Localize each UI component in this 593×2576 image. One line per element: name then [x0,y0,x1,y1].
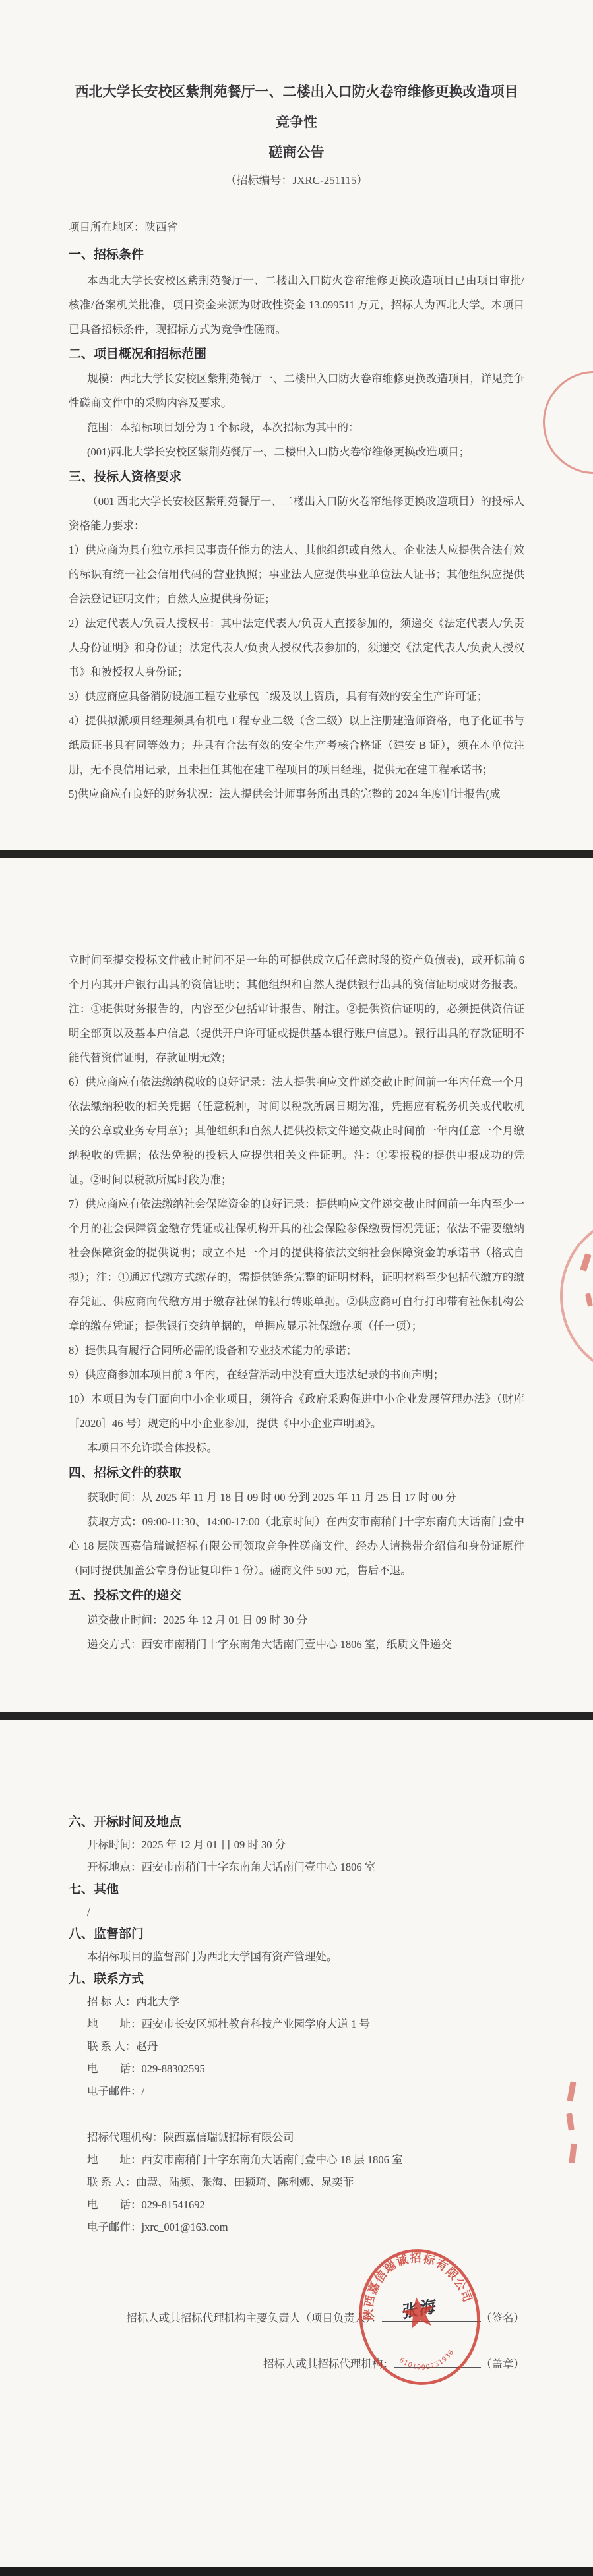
seal-label: 招标人或其招标代理机构： [263,2358,394,2370]
qualification-item-4: 4）提供拟派项目经理须具有机电工程专业二级（含二级）以上注册建造师资格，电子化证… [69,709,524,782]
tenderer-address-line: 地 址：西安市长安区郭杜教育科技产业园学府大道 1 号 [69,2013,524,2035]
qualification-item-5-start: 5)供应商应有良好的财务状况：法人提供会计师事务所出具的完整的 2024 年度审… [69,782,524,806]
signature-suffix: （签名） [481,2312,524,2324]
section-1-heading: 一、招标条件 [69,243,524,267]
section-3-heading: 三、投标人资格要求 [69,465,524,489]
scanned-tender-announcement: 西北大学长安校区紫荆苑餐厅一、二楼出入口防火卷帘维修更换改造项目竞争性 磋商公告… [0,0,593,2576]
agency-phone-line: 电 话：029-81541692 [69,2194,524,2216]
section-1-paragraph: 本西北大学长安校区紫荆苑餐厅一、二楼出入口防火卷帘维修更换改造项目已由项目审批/… [69,268,524,341]
page-3: 六、开标时间及地点 开标时间：2025 年 12 月 01 日 09 时 30 … [0,1720,593,2567]
submit-deadline-line: 递交截止时间：2025 年 12 月 01 日 09 时 30 分 [69,1608,524,1632]
page-separator-bottom [0,2567,593,2576]
submit-method-line: 递交方式：西安市南稍门十字东南角大话南门壹中心 1806 室，纸质文件递交 [69,1632,524,1656]
qualification-intro: （001 西北大学长安校区紫荆苑餐厅一、二楼出入口防火卷帘维修更换改造项目）的投… [69,489,524,538]
tenderer-name-line: 招 标 人：西北大学 [69,1991,524,2013]
signature-underline: 张海 [382,2309,481,2322]
tenderer-phone-line: 电 话：029-88302595 [69,2058,524,2080]
document-title-line1: 西北大学长安校区紫荆苑餐厅一、二楼出入口防火卷帘维修更换改造项目竞争性 [69,76,524,137]
red-stamp-fragment [567,2081,576,2101]
signature-row-organization-seal: 招标人或其招标代理机构：（盖章） [69,2353,524,2376]
obtain-method-paragraph: 获取方式：09:00-11:30、14:00-17:00（北京时间）在西安市南稍… [69,1509,524,1583]
qualification-item-8: 8）提供具有履行合同所必需的设备和专业技术能力的承诺； [69,1338,524,1362]
tender-number: （招标编号：JXRC-251115） [69,169,524,192]
red-stamp-fragment [569,2144,577,2164]
qualification-item-1: 1）供应商为具有独立承担民事责任能力的法人、其他组织或自然人。企业法人应提供合法… [69,538,524,611]
qualification-item-2: 2）法定代表人/负责人授权书：其中法定代表人/负责人直接参加的，须递交《法定代表… [69,611,524,684]
section-2-heading: 二、项目概况和招标范围 [69,343,524,366]
seal-underline [394,2355,481,2368]
tenderer-contact-line: 联 系 人：赵丹 [69,2035,524,2058]
qualification-item-9: 9）供应商参加本项目前 3 年内，在经营活动中没有重大违法纪录的书面声明； [69,1362,524,1387]
red-stamp-fragment [580,1253,592,1272]
page-separator-1 [0,850,593,858]
project-region: 项目所在地区：陕西省 [69,215,524,239]
seal-suffix: （盖章） [481,2358,524,2370]
qualification-item-10: 10）本项目为专门面向中小企业项目，须符合《政府采购促进中小企业发展管理办法》（… [69,1387,524,1436]
agency-email-line: 电子邮件：jxrc_001@163.com [69,2216,524,2239]
page-separator-2 [0,1712,593,1720]
qualification-item-5-continued: 立时间至提交投标文件截止时间不足一年的可提供成立后任意时段的资产负债表)，或开标… [69,948,524,1070]
other-value: / [69,1901,524,1923]
page-1: 西北大学长安校区紫荆苑餐厅一、二楼出入口防火卷帘维修更换改造项目竞争性 磋商公告… [0,0,593,850]
red-stamp-fragment [566,2113,575,2131]
agency-address-line: 地 址：西安市南稍门十字东南角大话南门壹中心 18 层 1806 室 [69,2149,524,2171]
signature-row-responsible-person: 招标人或其招标代理机构主要负责人（项目负责人）：张海（签名） [69,2307,524,2329]
red-stamp-fragment [585,1293,593,1306]
no-consortium-line: 本项目不允许联合体投标。 [69,1436,524,1460]
agency-contact-block: 招标代理机构：陕西嘉信瑞诚招标有限公司 地 址：西安市南稍门十字东南角大话南门壹… [69,2126,524,2239]
partial-red-stamp-right-edge [560,1217,593,1374]
bid-opening-time-line: 开标时间：2025 年 12 月 01 日 09 时 30 分 [69,1834,524,1856]
document-title-line2: 磋商公告 [69,137,524,167]
section-4-heading: 四、招标文件的获取 [69,1461,524,1485]
section-5-heading: 五、投标文件的递交 [69,1584,524,1608]
tenderer-email-line: 电子邮件：/ [69,2080,524,2103]
qualification-item-6: 6）供应商应有依法缴纳税收的良好记录：法人提供响应文件递交截止时间前一年内任意一… [69,1070,524,1192]
handwritten-signature: 张海 [398,2296,437,2324]
project-scope-paragraph: 范围：本招标项目划分为 1 个标段，本次招标为其中的： [69,415,524,440]
page-2: 立时间至提交投标文件截止时间不足一年的可提供成立后任意时段的资产负债表)，或开标… [0,858,593,1712]
agency-name-line: 招标代理机构：陕西嘉信瑞诚招标有限公司 [69,2126,524,2149]
section-7-heading: 七、其他 [69,1879,524,1901]
bid-opening-place-line: 开标地点：西安市南稍门十字东南角大话南门壹中心 1806 室 [69,1856,524,1879]
partial-red-stamp-right-edge [543,371,593,474]
project-scale-paragraph: 规模：西北大学长安校区紫荆苑餐厅一、二楼出入口防火卷帘维修更换改造项目，详见竞争… [69,366,524,415]
tenderer-contact-block: 招 标 人：西北大学 地 址：西安市长安区郭杜教育科技产业园学府大道 1 号 联… [69,1991,524,2103]
project-lot-line: (001)西北大学长安校区紫荆苑餐厅一、二楼出入口防火卷帘维修更换改造项目； [69,440,524,464]
supervising-department-line: 本招标项目的监督部门为西北大学国有资产管理处。 [69,1946,524,1968]
section-6-heading: 六、开标时间及地点 [69,1811,524,1834]
qualification-item-7: 7）供应商应有依法缴纳社会保障资金的良好记录：提供响应文件递交截止时间前一年内至… [69,1192,524,1338]
signature-label: 招标人或其招标代理机构主要负责人（项目负责人）： [126,2312,382,2324]
section-8-heading: 八、监督部门 [69,1923,524,1946]
section-9-heading: 九、联系方式 [69,1968,524,1991]
qualification-item-3: 3）供应商应具备消防设施工程专业承包二级及以上资质，具有有效的安全生产许可证； [69,684,524,709]
obtain-time-line: 获取时间：从 2025 年 11 月 18 日 09 时 00 分到 2025 … [69,1485,524,1509]
agency-contact-line: 联 系 人：曲慧、陆频、张海、田颖琦、陈利娜、晁奕菲 [69,2171,524,2194]
